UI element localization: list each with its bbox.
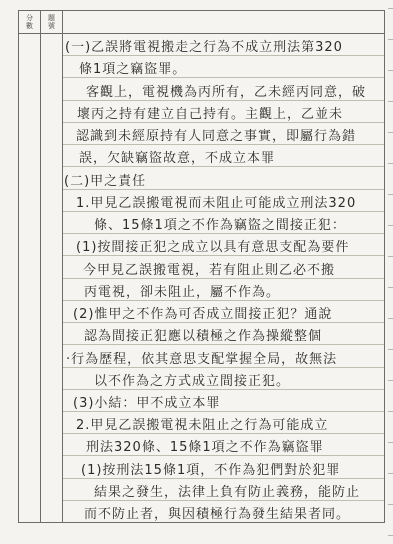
handwritten-text: 今甲見乙誤搬電視，若有阻止則乙必不搬 bbox=[63, 263, 335, 279]
handwritten-text: 認識到未經原持有人同意之事實，即屬行為錯 bbox=[63, 129, 356, 145]
handwritten-text: 認為間接正犯應以積極之作為操縱整個 bbox=[63, 329, 322, 345]
handwritten-text: 條、15條1項之不作為竊盜之間接正犯： bbox=[63, 218, 346, 234]
handwritten-text: ·行為歷程，依其意思支配掌握全局，故無法 bbox=[63, 352, 337, 368]
question-number-label: 題 號 bbox=[48, 14, 55, 30]
table-body: (一)乙誤將電視搬走之行為不成立刑法第320條1項之竊盜罪。客觀上，電視機為丙所… bbox=[19, 34, 384, 522]
answer-sheet-page: 分 數 題 號 (一)乙誤將電視搬走之行為不成立刑法第320條1項之竊盜罪。客觀… bbox=[0, 0, 393, 544]
writing-area: (一)乙誤將電視搬走之行為不成立刑法第320條1項之竊盜罪。客觀上，電視機為丙所… bbox=[63, 34, 384, 522]
handwritten-text: 壞丙之持有建立自己持有。主觀上，乙並未 bbox=[63, 107, 343, 123]
handwritten-text: (1)按間接正犯之成立以具有意思支配為要件 bbox=[63, 240, 349, 256]
handwritten-text: (二)甲之責任 bbox=[63, 174, 146, 190]
ruled-line: ·行為歷程，依其意思支配掌握全局，故無法 bbox=[63, 345, 384, 367]
ruled-line: 客觀上，電視機為丙所有，乙未經丙同意，破 bbox=[63, 78, 384, 100]
ruled-line: 條、15條1項之不作為竊盜之間接正犯： bbox=[63, 212, 384, 234]
handwritten-text: (1)按刑法15條1項，不作為犯們對於犯罪 bbox=[63, 463, 340, 479]
ruled-line: 條1項之竊盜罪。 bbox=[63, 56, 384, 78]
handwritten-text: 刑法320條、15條1項之不作為竊盜罪 bbox=[63, 440, 324, 456]
ruled-line: 壞丙之持有建立自己持有。主觀上，乙並未 bbox=[63, 101, 384, 123]
page-edge-marks bbox=[388, 8, 393, 536]
question-number-column bbox=[41, 34, 63, 522]
ruled-line: 認識到未經原持有人同意之事實，即屬行為錯 bbox=[63, 123, 384, 145]
ruled-line: (3)小結：甲不成立本罪 bbox=[63, 390, 384, 412]
ruled-line: 結果之發生，法律上負有防止義務，能防止 bbox=[63, 479, 384, 501]
ruled-line: 丙電視，卻未阻止，屬不作為。 bbox=[63, 279, 384, 301]
handwritten-text: (一)乙誤將電視搬走之行為不成立刑法第320 bbox=[63, 40, 343, 56]
answer-sheet-table: 分 數 題 號 (一)乙誤將電視搬走之行為不成立刑法第320條1項之竊盜罪。客觀… bbox=[18, 10, 385, 523]
table-header-row: 分 數 題 號 bbox=[19, 11, 384, 34]
score-column bbox=[19, 34, 41, 522]
handwritten-text: 1.甲見乙誤搬電視而未阻止可能成立刑法320 bbox=[63, 196, 356, 212]
handwritten-text: 以不作為之方式成立間接正犯。 bbox=[63, 374, 290, 390]
handwritten-text: (3)小結：甲不成立本罪 bbox=[63, 396, 220, 412]
ruled-line: 而不防止者，與因積極行為發生結果者同。 bbox=[63, 501, 384, 522]
ruled-line: 今甲見乙誤搬電視，若有阻止則乙必不搬 bbox=[63, 256, 384, 278]
handwritten-text: 條1項之竊盜罪。 bbox=[63, 62, 186, 78]
handwritten-text: 2.甲見乙誤搬電視未阻止之行為可能成立 bbox=[63, 418, 328, 434]
ruled-line: 1.甲見乙誤搬電視而未阻止可能成立刑法320 bbox=[63, 190, 384, 212]
handwritten-text: 客觀上，電視機為丙所有，乙未經丙同意，破 bbox=[63, 85, 366, 101]
ruled-line: (2)惟甲之不作為可否成立間接正犯？通說 bbox=[63, 301, 384, 323]
ruled-line: (1)按間接正犯之成立以具有意思支配為要件 bbox=[63, 234, 384, 256]
ruled-line: 誤，欠缺竊盜故意，不成立本罪 bbox=[63, 145, 384, 167]
handwritten-text: 丙電視，卻未阻止，屬不作為。 bbox=[63, 285, 280, 301]
question-number-column-header: 題 號 bbox=[41, 11, 63, 33]
handwritten-text: 而不防止者，與因積極行為發生結果者同。 bbox=[63, 507, 350, 522]
ruled-line: (二)甲之責任 bbox=[63, 167, 384, 189]
ruled-line: (1)按刑法15條1項，不作為犯們對於犯罪 bbox=[63, 456, 384, 478]
score-label: 分 數 bbox=[26, 14, 33, 30]
score-column-header: 分 數 bbox=[19, 11, 41, 33]
ruled-line: 以不作為之方式成立間接正犯。 bbox=[63, 368, 384, 390]
handwritten-text: 誤，欠缺竊盜故意，不成立本罪 bbox=[63, 151, 275, 167]
ruled-line: (一)乙誤將電視搬走之行為不成立刑法第320 bbox=[63, 34, 384, 56]
ruled-line: 2.甲見乙誤搬電視未阻止之行為可能成立 bbox=[63, 412, 384, 434]
header-blank-cell bbox=[63, 11, 384, 33]
ruled-line: 認為間接正犯應以積極之作為操縱整個 bbox=[63, 323, 384, 345]
handwritten-text: 結果之發生，法律上負有防止義務，能防止 bbox=[63, 485, 360, 501]
handwritten-text: (2)惟甲之不作為可否成立間接正犯？通說 bbox=[63, 307, 332, 323]
ruled-line: 刑法320條、15條1項之不作為竊盜罪 bbox=[63, 434, 384, 456]
